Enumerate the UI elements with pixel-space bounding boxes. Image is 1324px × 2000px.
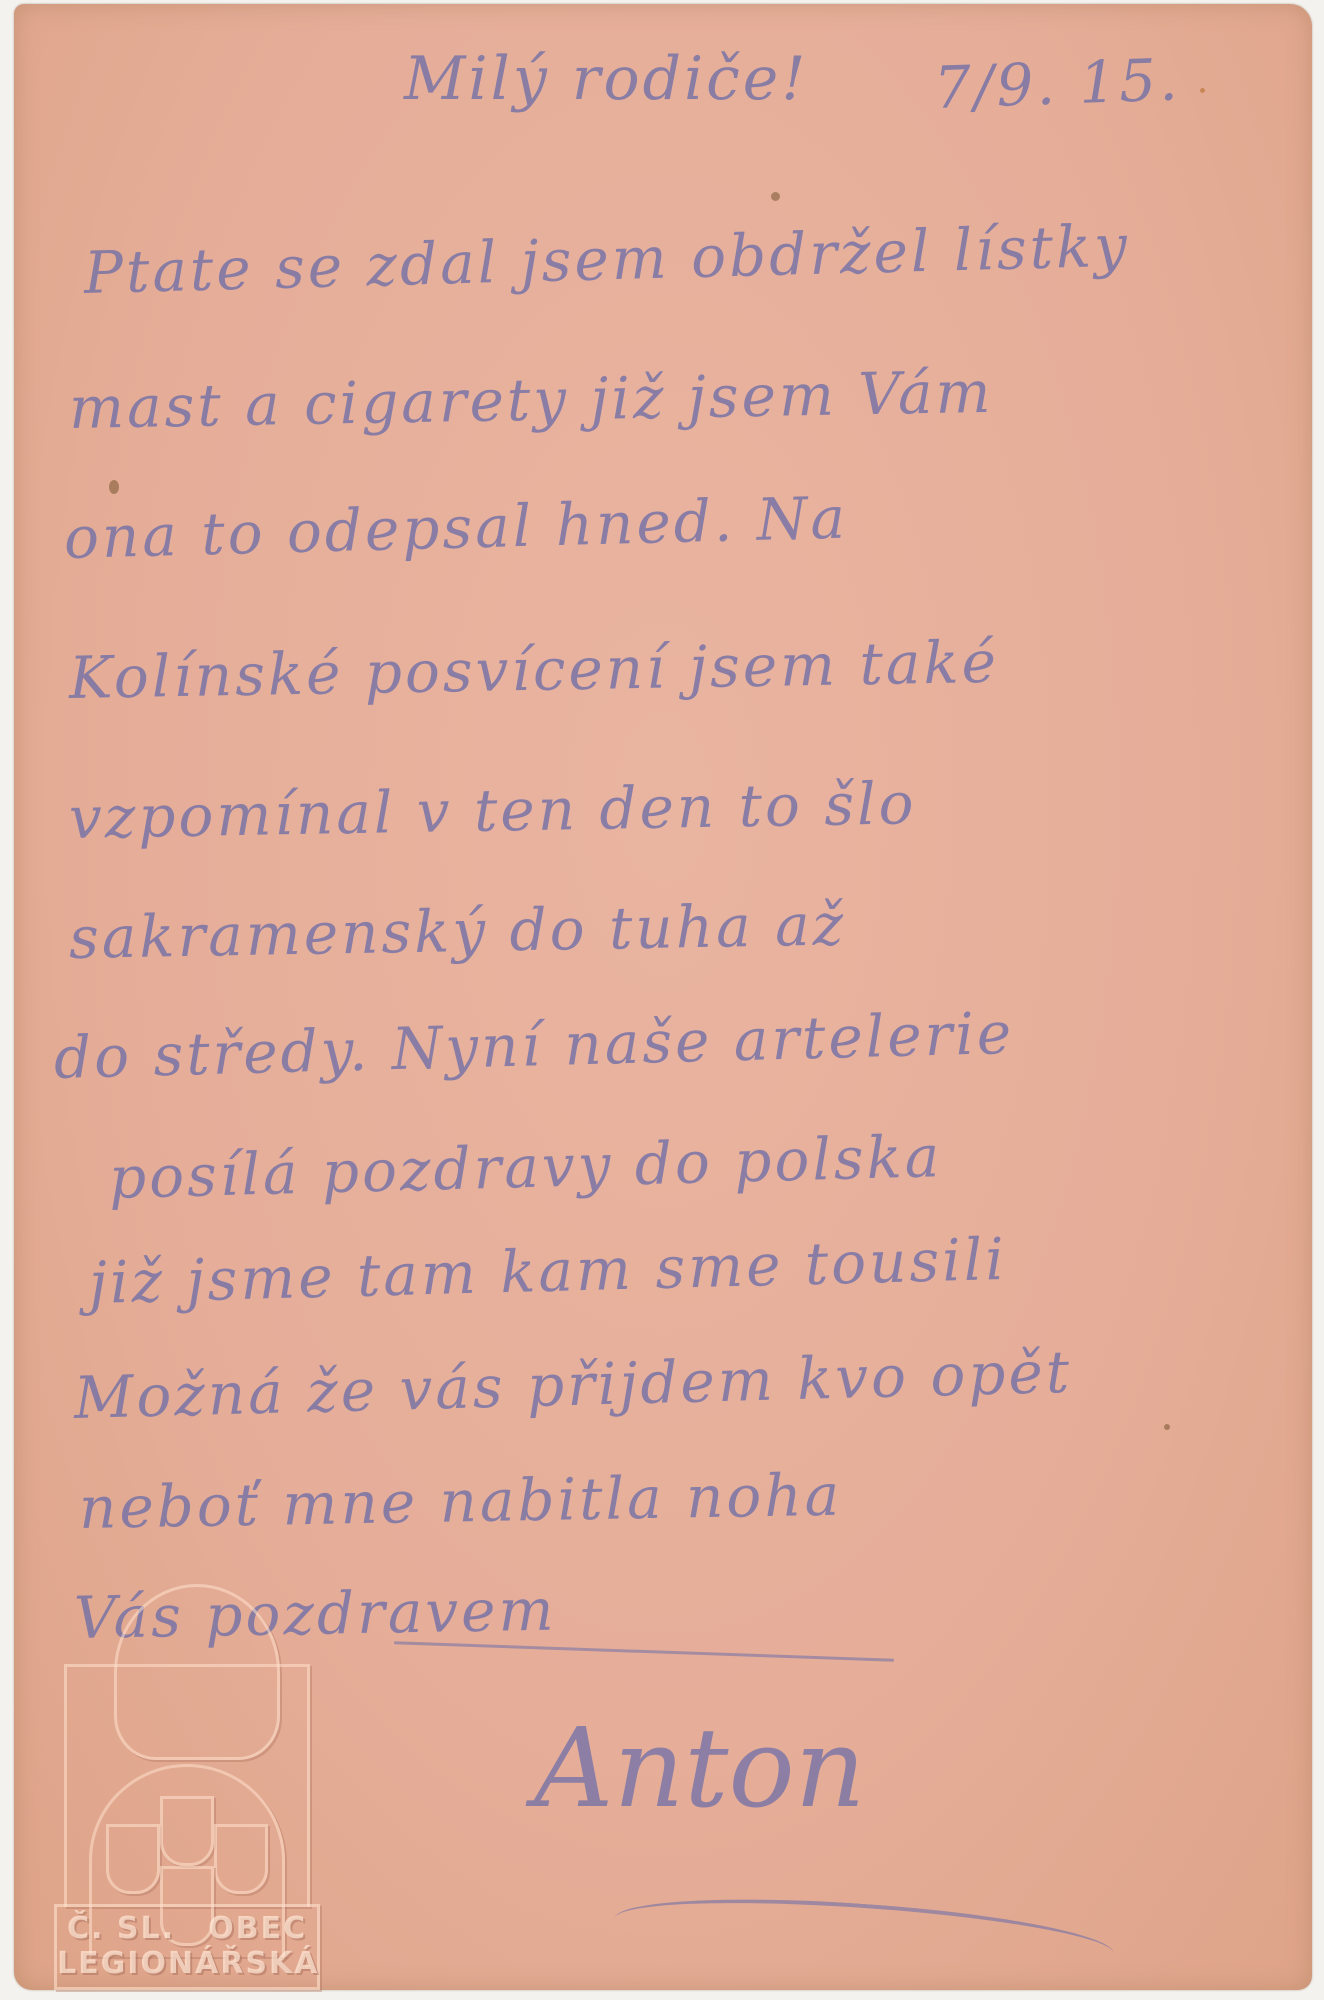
emblem-plate: Č. SL. OBEC LEGIONÁŘSKÁ	[54, 1904, 320, 1990]
emblem-text-csl: Č. SL.	[67, 1911, 175, 1946]
paper-stain	[109, 480, 119, 494]
postcard: Milý rodiče! 7/9. 15. Ptate se zdal jsem…	[14, 4, 1312, 1990]
coat-of-arms-silesia-icon	[214, 1824, 268, 1894]
closing-underline	[394, 1641, 894, 1661]
body-line: Možná že vás přijdem kvo opět	[73, 1338, 1073, 1432]
paper-stain	[1164, 1424, 1170, 1430]
body-line: mast a cigarety již jsem Vám	[68, 358, 994, 442]
body-line: vzpomínal v ten den to šlo	[68, 769, 917, 852]
paper-stain	[1200, 88, 1205, 93]
coat-of-arms-slovakia-icon	[160, 1796, 214, 1866]
emblem-text-obec: OBEC	[208, 1911, 307, 1946]
body-line: ona to odepsal hned. Na	[63, 483, 849, 572]
signature: Anton	[534, 1704, 866, 1832]
body-line: do středy. Nyní naše artelerie	[53, 999, 1015, 1092]
legionnaire-emblem-icon: Č. SL. OBEC LEGIONÁŘSKÁ	[44, 1584, 324, 1984]
body-line: neboť mne nabitla noha	[78, 1461, 842, 1542]
date: 7/9. 15.	[933, 45, 1182, 122]
body-line: již jsme tam kam sme tousili	[88, 1225, 1008, 1317]
emblem-text-legionarska: LEGIONÁŘSKÁ	[57, 1946, 317, 1981]
signature-flourish	[612, 1887, 1115, 1986]
paper-stain	[771, 192, 780, 201]
body-line: sakramenský do tuha až	[68, 890, 846, 972]
body-line: Ptate se zdal jsem obdržel lístky	[83, 212, 1131, 307]
body-line: posílá pozdravy do polska	[108, 1122, 943, 1212]
body-line: Kolínské posvícení jsem také	[68, 628, 999, 712]
greeting: Milý rodiče!	[404, 44, 808, 114]
coat-of-arms-moravia-icon	[106, 1824, 160, 1894]
